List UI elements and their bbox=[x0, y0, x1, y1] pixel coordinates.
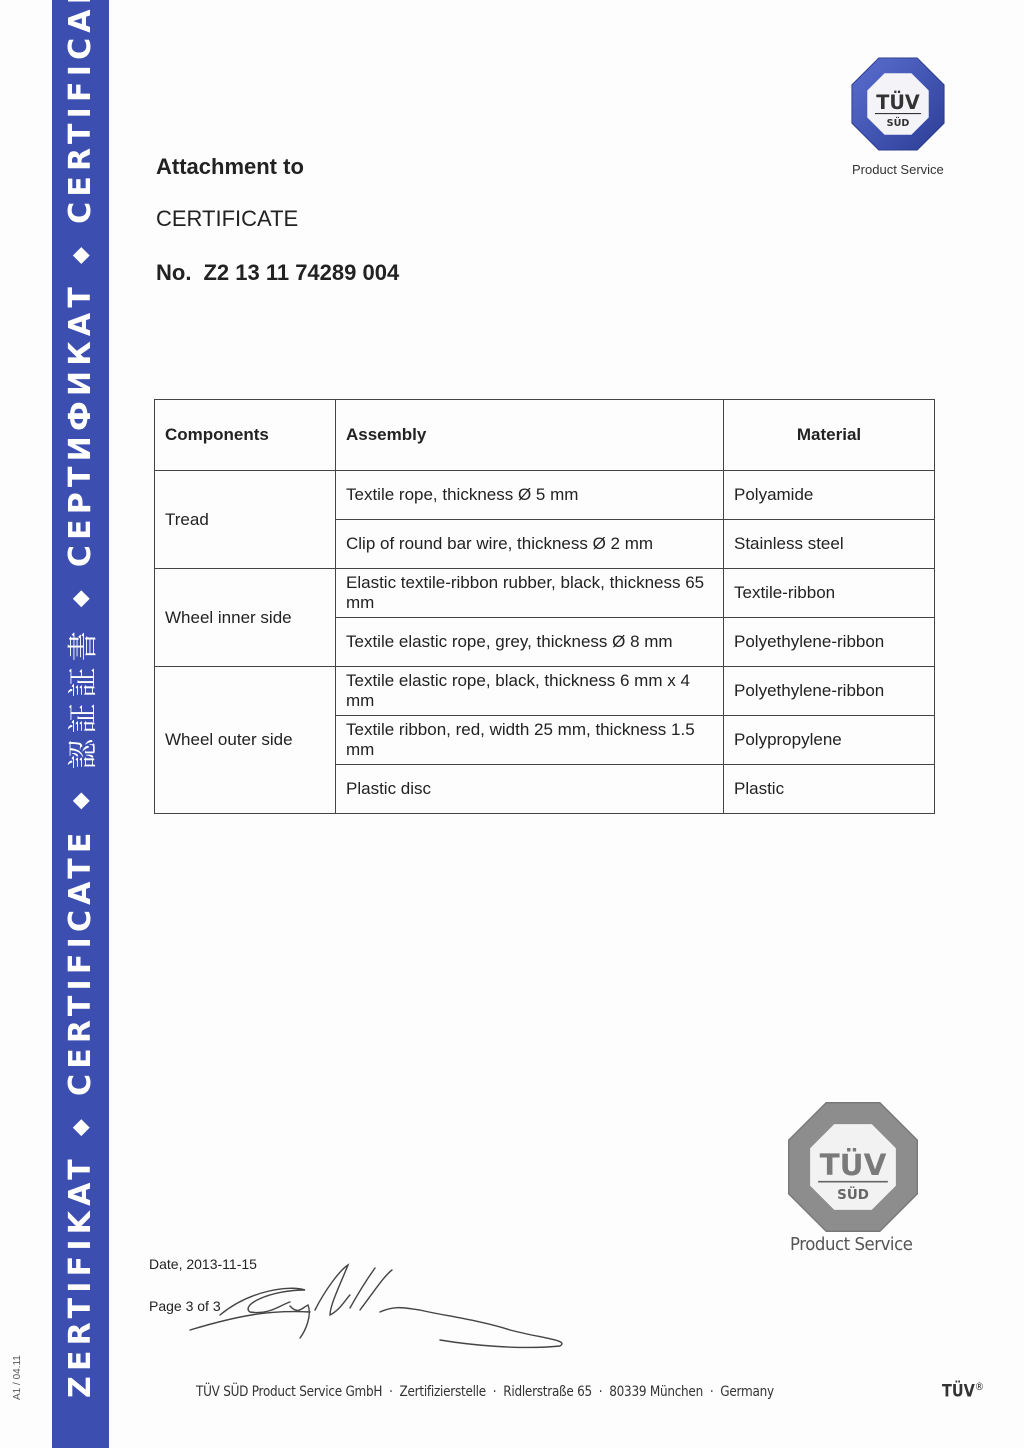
separator-dot: · bbox=[710, 1384, 714, 1400]
logo-caption: Product Service bbox=[852, 162, 944, 177]
side-band-word: CERTIFICATE bbox=[63, 827, 98, 1096]
separator-dot: · bbox=[493, 1384, 497, 1400]
diamond-icon: ◆ bbox=[68, 585, 93, 607]
separator-dot: · bbox=[599, 1384, 603, 1400]
material-cell: Polyethylene-ribbon bbox=[724, 618, 935, 667]
assembly-cell: Textile ribbon, red, width 25 mm, thickn… bbox=[336, 716, 724, 765]
component-cell: Tread bbox=[155, 471, 336, 569]
side-band-word: ZERTIFIKAT bbox=[63, 1154, 98, 1398]
trademark-text: TÜV bbox=[942, 1382, 975, 1402]
material-cell: Polypropylene bbox=[724, 716, 935, 765]
footer-address: TÜV SÜD Product Service GmbH·Zertifizier… bbox=[196, 1384, 774, 1400]
material-cell: Textile-ribbon bbox=[724, 569, 935, 618]
side-band-word: СЕРТИФИКАТ bbox=[63, 282, 98, 567]
component-cell: Wheel inner side bbox=[155, 569, 336, 667]
number-value: Z2 13 11 74289 004 bbox=[203, 260, 399, 285]
material-cell: Plastic bbox=[724, 765, 935, 814]
table-header-row: Components Assembly Material bbox=[155, 400, 935, 471]
diamond-icon: ◆ bbox=[68, 242, 93, 264]
stamp-caption: Product Service bbox=[790, 1234, 912, 1255]
material-cell: Polyamide bbox=[724, 471, 935, 520]
component-cell: Wheel outer side bbox=[155, 667, 336, 814]
footer-part: Ridlerstraße 65 bbox=[503, 1384, 592, 1400]
attachment-heading: Attachment to bbox=[156, 154, 304, 180]
form-code: A1 / 04.11 bbox=[12, 1355, 23, 1400]
footer-part: TÜV SÜD Product Service GmbH bbox=[196, 1384, 382, 1400]
assembly-cell: Textile elastic rope, grey, thickness Ø … bbox=[336, 618, 724, 667]
number-label: No. bbox=[156, 260, 191, 285]
separator-dot: · bbox=[389, 1384, 393, 1400]
side-band-word: CERTIFICADO bbox=[63, 0, 98, 224]
side-band-word: 認証証書 bbox=[58, 625, 102, 769]
header-material: Material bbox=[724, 400, 935, 471]
footer-part: Zertifizierstelle bbox=[400, 1384, 486, 1400]
svg-text:TÜV: TÜV bbox=[876, 90, 920, 114]
header-components: Components bbox=[155, 400, 336, 471]
tuv-sud-logo-icon: TÜV SÜD bbox=[850, 56, 946, 152]
diamond-icon: ◆ bbox=[68, 787, 93, 809]
assembly-cell: Textile elastic rope, black, thickness 6… bbox=[336, 667, 724, 716]
signature-icon bbox=[180, 1260, 580, 1350]
material-cell: Stainless steel bbox=[724, 520, 935, 569]
footer-part: 80339 München bbox=[609, 1384, 703, 1400]
header-assembly: Assembly bbox=[336, 400, 724, 471]
table-row: Wheel inner sideElastic textile-ribbon r… bbox=[155, 569, 935, 618]
material-cell: Polyethylene-ribbon bbox=[724, 667, 935, 716]
assembly-cell: Elastic textile-ribbon rubber, black, th… bbox=[336, 569, 724, 618]
certificate-heading: CERTIFICATE bbox=[156, 206, 298, 232]
svg-text:SÜD: SÜD bbox=[837, 1185, 869, 1203]
table-row: TreadTextile rope, thickness Ø 5 mmPolya… bbox=[155, 471, 935, 520]
registered-symbol: ® bbox=[975, 1380, 984, 1393]
table-row: Wheel outer sideTextile elastic rope, bl… bbox=[155, 667, 935, 716]
svg-text:TÜV: TÜV bbox=[820, 1146, 887, 1182]
assembly-cell: Clip of round bar wire, thickness Ø 2 mm bbox=[336, 520, 724, 569]
tuv-sud-stamp-icon: TÜV SÜD bbox=[786, 1100, 920, 1234]
svg-text:SÜD: SÜD bbox=[887, 118, 910, 129]
assembly-cell: Textile rope, thickness Ø 5 mm bbox=[336, 471, 724, 520]
side-band-text: ZERTIFIKAT◆CERTIFICATE◆認証証書◆СЕРТИФИКАТ◆C… bbox=[58, 0, 102, 1448]
footer-part: Germany bbox=[720, 1384, 774, 1400]
diamond-icon: ◆ bbox=[68, 1114, 93, 1136]
tuv-trademark: TÜV® bbox=[942, 1380, 984, 1402]
components-table: Components Assembly Material TreadTextil… bbox=[154, 399, 935, 814]
certificate-number: No.Z2 13 11 74289 004 bbox=[156, 260, 399, 286]
assembly-cell: Plastic disc bbox=[336, 765, 724, 814]
